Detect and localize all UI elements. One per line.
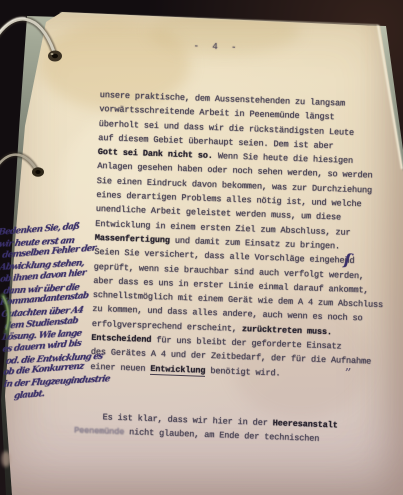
handwritten-tick-mark: ” — [345, 366, 351, 379]
photo-backdrop: - 4 - unsere praktische, dem Aussenstehe… — [0, 0, 403, 495]
page-number: - 4 - — [193, 41, 240, 53]
typed-body-paragraphs: unsere praktische, dem Aussenstehenden z… — [90, 88, 402, 384]
handwritten-marginalia: Bedenken Sie, daßwir heute erst amdemsel… — [0, 224, 102, 403]
typed-text-block: - 4 - unsere praktische, dem Aussenstehe… — [88, 88, 402, 449]
binder-ring-top-glint — [0, 18, 26, 36]
